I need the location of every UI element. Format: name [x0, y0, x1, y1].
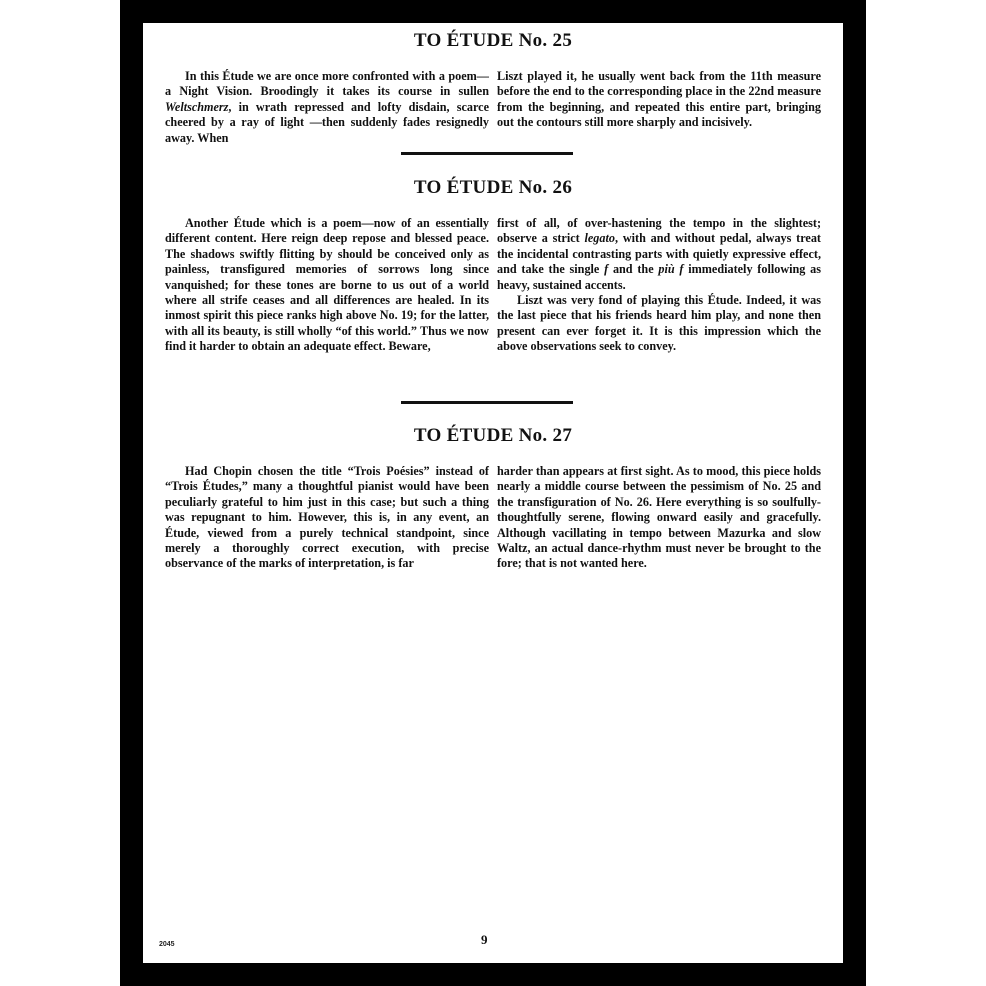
paragraph: first of all, of over-hastening the temp… [497, 216, 821, 293]
document-page: TO ÉTUDE No. 25 In this Étude we are onc… [143, 23, 843, 963]
paragraph: Liszt played it, he usually went back fr… [497, 69, 821, 131]
right-column: harder than appears at first sight. As t… [497, 464, 821, 572]
section-etude-26: TO ÉTUDE No. 26 Another Étude which is a… [143, 176, 843, 200]
right-column: Liszt played it, he usually went back fr… [497, 69, 821, 146]
paragraph: In this Étude we are once more confronte… [165, 69, 489, 146]
plate-number: 2045 [159, 941, 175, 948]
section-etude-27: TO ÉTUDE No. 27 Had Chopin chosen the ti… [143, 424, 843, 448]
right-column: first of all, of over-hastening the temp… [497, 216, 821, 355]
section-heading: TO ÉTUDE No. 27 [143, 424, 843, 448]
section-etude-25: TO ÉTUDE No. 25 In this Étude we are onc… [143, 29, 843, 53]
page-number: 9 [481, 932, 488, 948]
section-heading: TO ÉTUDE No. 25 [143, 29, 843, 53]
paragraph: Had Chopin chosen the title “Trois Poési… [165, 464, 489, 572]
left-column: In this Étude we are once more confronte… [165, 69, 489, 146]
paragraph: harder than appears at first sight. As t… [497, 464, 821, 572]
left-column: Had Chopin chosen the title “Trois Poési… [165, 464, 489, 572]
section-divider [401, 401, 573, 404]
two-column-text: Another Étude which is a poem—now of an … [165, 216, 821, 355]
left-column: Another Étude which is a poem—now of an … [165, 216, 489, 355]
section-heading: TO ÉTUDE No. 26 [143, 176, 843, 200]
paragraph: Another Étude which is a poem—now of an … [165, 216, 489, 355]
paragraph: Liszt was very fond of playing this Étud… [497, 293, 821, 355]
two-column-text: In this Étude we are once more confronte… [165, 69, 821, 146]
two-column-text: Had Chopin chosen the title “Trois Poési… [165, 464, 821, 572]
section-divider [401, 152, 573, 155]
